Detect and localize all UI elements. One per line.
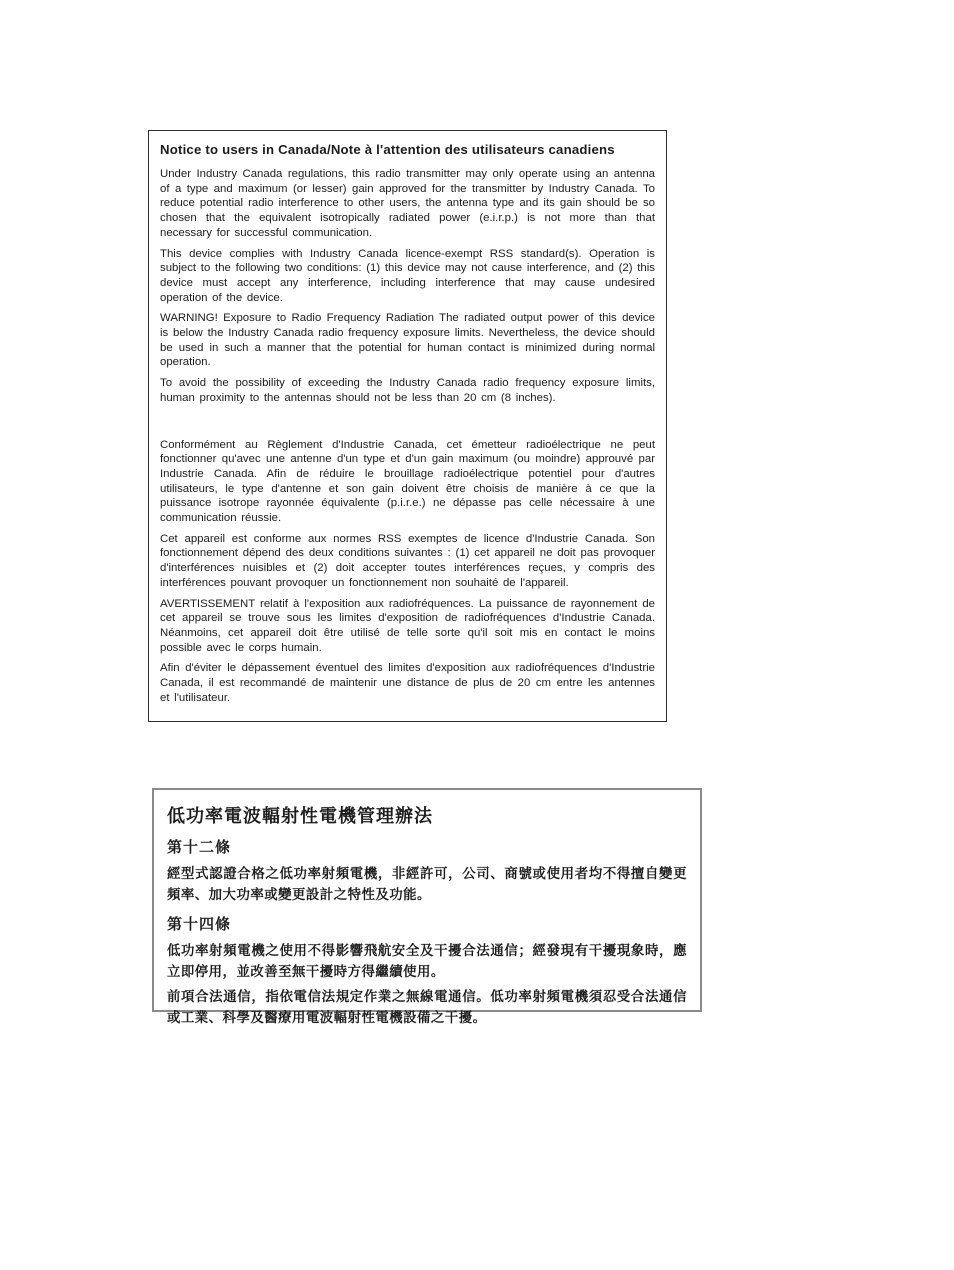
canada-french-paragraph-2: Cet appareil est conforme aux normes RSS… xyxy=(160,532,655,591)
canada-french-paragraph-1: Conformément au Règlement d'Industrie Ca… xyxy=(160,438,655,526)
article-14-paragraph-1: 低功率射頻電機之使用不得影響飛航安全及干擾合法通信；經發現有干擾現象時，應立即停… xyxy=(167,940,687,982)
canada-french-paragraph-4: Afin d'éviter le dépassement éventuel de… xyxy=(160,661,655,705)
article-12-heading: 第十二條 xyxy=(167,836,687,857)
article-14-paragraph-2: 前項合法通信，指依電信法規定作業之無線電通信。低功率射頻電機須忍受合法通信或工業… xyxy=(167,986,687,1028)
canada-notice-box: Notice to users in Canada/Note à l'atten… xyxy=(148,130,667,722)
canada-french-paragraph-3: AVERTISSEMENT relatif à l'exposition aux… xyxy=(160,597,655,656)
taiwan-notice-title: 低功率電波輻射性電機管理辦法 xyxy=(167,802,687,828)
article-12-paragraph: 經型式認證合格之低功率射頻電機，非經許可，公司、商號或使用者均不得擅自變更頻率、… xyxy=(167,863,687,905)
canada-english-paragraph-1: Under Industry Canada regulations, this … xyxy=(160,167,655,241)
canada-english-paragraph-4: To avoid the possibility of exceeding th… xyxy=(160,376,655,405)
canada-english-paragraph-2: This device complies with Industry Canad… xyxy=(160,247,655,306)
canada-notice-title: Notice to users in Canada/Note à l'atten… xyxy=(160,142,655,157)
language-separator-gap xyxy=(160,412,655,438)
canada-english-paragraph-3: WARNING! Exposure to Radio Frequency Rad… xyxy=(160,311,655,370)
taiwan-notice-box: 低功率電波輻射性電機管理辦法 第十二條 經型式認證合格之低功率射頻電機，非經許可… xyxy=(152,788,702,1012)
article-14-heading: 第十四條 xyxy=(167,913,687,934)
